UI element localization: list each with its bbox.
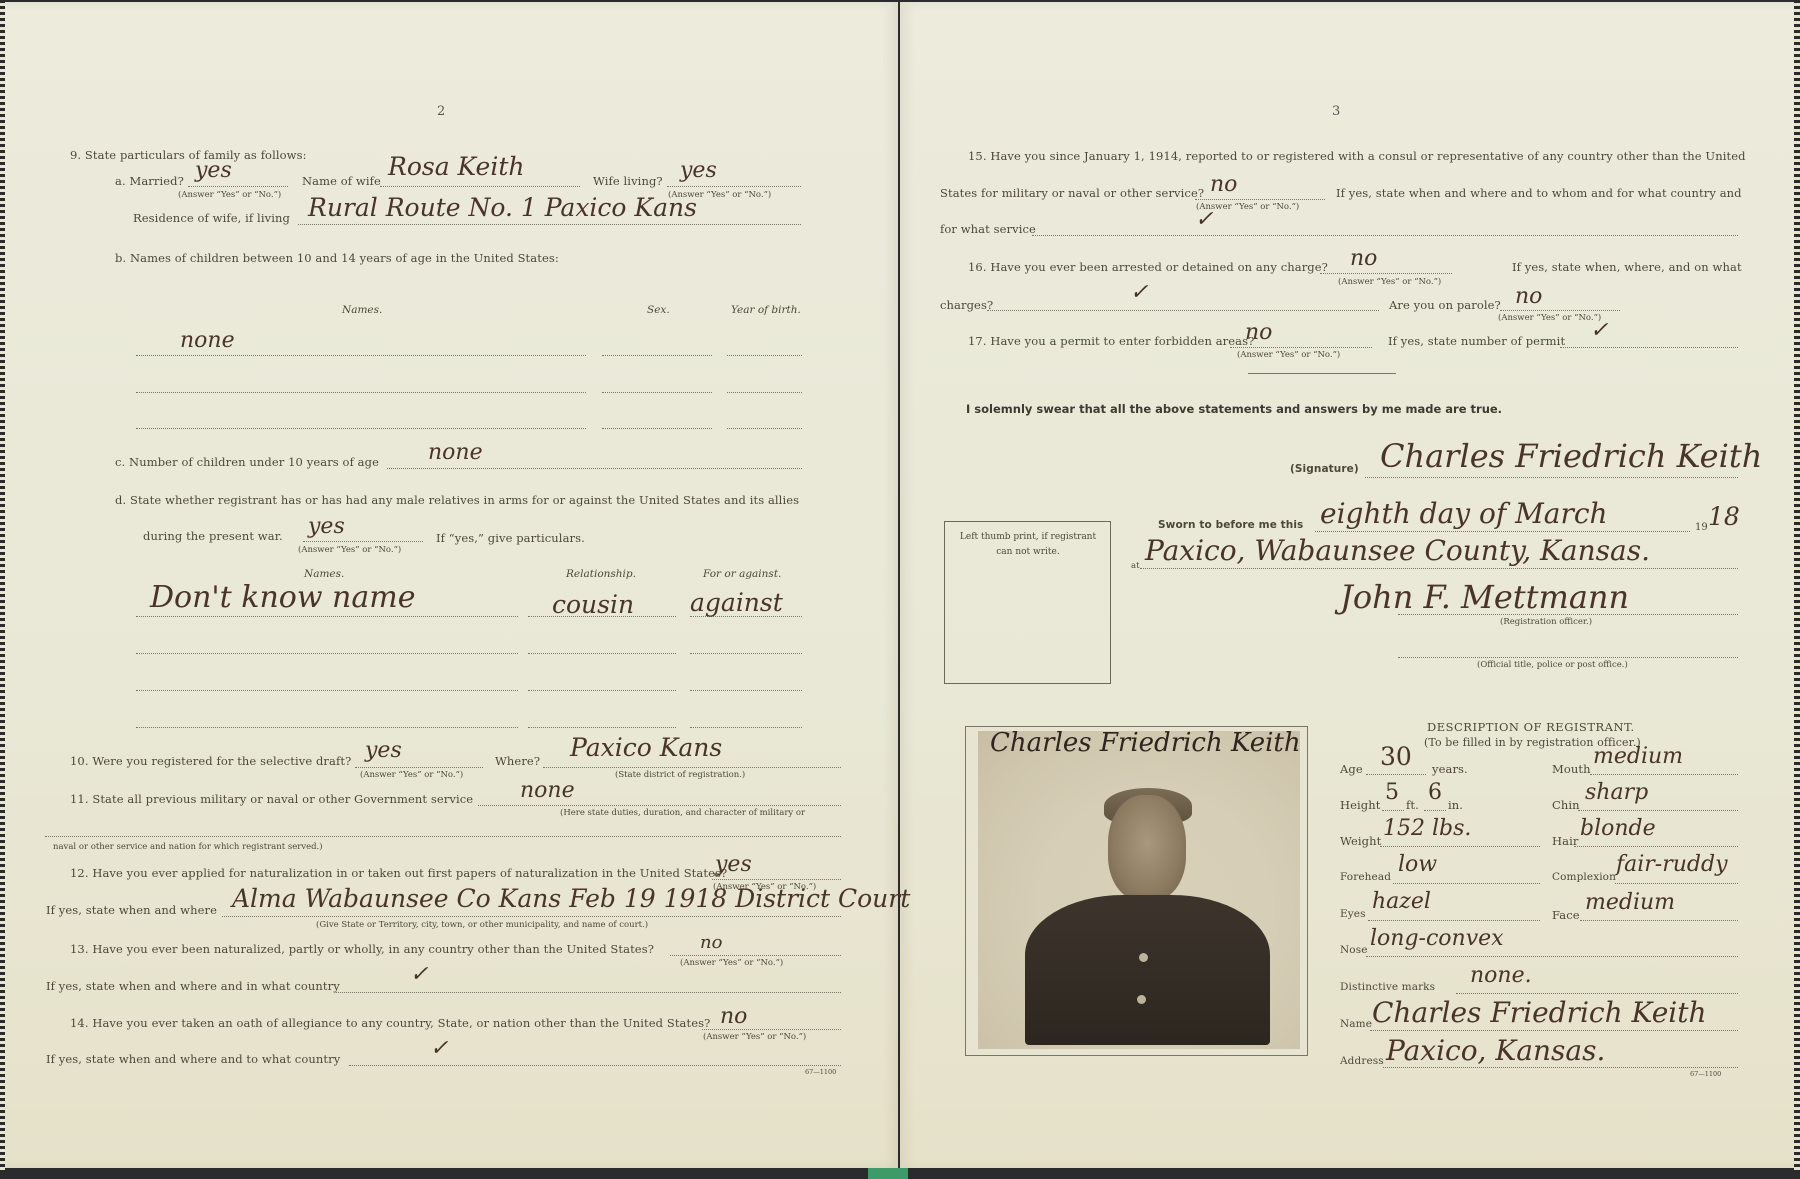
- q12-when-where-line: [222, 916, 841, 917]
- sworn-label: Sworn to before me this: [1158, 519, 1303, 531]
- q16-value[interactable]: no: [1350, 246, 1377, 271]
- q12-when-where-hint: (Give State or Territory, city, town, or…: [316, 920, 648, 930]
- sworn-year-prefix: 19: [1695, 522, 1708, 533]
- at-value[interactable]: Paxico, Wabaunsee County, Kansas.: [1145, 534, 1650, 567]
- wife-living-value[interactable]: yes: [680, 158, 717, 183]
- sworn-year-suffix[interactable]: 18: [1708, 502, 1740, 531]
- q16-follow-line: [987, 310, 1379, 311]
- rel-row-3-for-line: [690, 690, 802, 691]
- q10-answer-line: [355, 767, 483, 768]
- nose-label: Nose: [1340, 944, 1368, 956]
- children-label: b. Names of children between 10 and 14 y…: [115, 251, 559, 265]
- parole-value[interactable]: no: [1515, 284, 1542, 309]
- col-for-against: For or against.: [703, 568, 781, 580]
- wife-living-label: Wife living?: [593, 174, 663, 188]
- child-row-2-name-line: [136, 392, 586, 393]
- signature-value[interactable]: Charles Friedrich Keith: [1380, 437, 1762, 475]
- rel-row-4-rel-line: [528, 727, 676, 728]
- in-unit: in.: [1448, 798, 1463, 812]
- forehead-value[interactable]: low: [1398, 852, 1437, 877]
- at-label: at: [1131, 561, 1139, 571]
- wife-name-label: Name of wife: [302, 174, 381, 188]
- complexion-value[interactable]: fair-ruddy: [1616, 852, 1728, 877]
- q13-label: 13. Have you ever been naturalized, part…: [70, 942, 654, 956]
- sworn-line: [1315, 531, 1690, 532]
- signature-line: [1365, 477, 1738, 478]
- name-line: [1370, 1030, 1738, 1031]
- child-row-2-sex-line: [602, 392, 712, 393]
- child-row-3-sex-line: [602, 428, 712, 429]
- official-title-line: [1398, 657, 1738, 658]
- ft-unit: ft.: [1406, 798, 1419, 812]
- parole-answer-line: [1500, 310, 1620, 311]
- particulars-label: If “yes,” give particulars.: [436, 531, 585, 545]
- hair-line: [1574, 846, 1738, 847]
- q15-follow-label-2: for what service: [940, 222, 1036, 236]
- q14-follow-label: If yes, state when and where and to what…: [46, 1052, 340, 1066]
- child-row-2-year-line: [727, 392, 802, 393]
- complexion-line: [1615, 883, 1738, 884]
- photo-head: [1108, 795, 1186, 901]
- page-edge-right: [1794, 0, 1800, 1170]
- oath-text: I solemnly swear that all the above stat…: [966, 402, 1502, 416]
- q16-follow-label: If yes, state when, where, and on what: [1512, 260, 1742, 274]
- q13-follow-check-icon: ✓: [410, 962, 428, 987]
- q12-label: 12. Have you ever applied for naturaliza…: [70, 866, 727, 880]
- divider: [1248, 373, 1396, 374]
- height-in-line: [1424, 810, 1446, 811]
- complexion-label: Complexion: [1552, 871, 1616, 883]
- q15-label-2: States for military or naval or other se…: [940, 186, 1204, 200]
- married-value[interactable]: yes: [195, 158, 232, 183]
- rel-row-4-name-line: [136, 727, 518, 728]
- address-value[interactable]: Paxico, Kansas.: [1386, 1034, 1605, 1067]
- q14-value[interactable]: no: [720, 1004, 747, 1029]
- q17-value[interactable]: no: [1245, 320, 1272, 345]
- child-row-1-name-line: [136, 355, 586, 356]
- age-label: Age: [1340, 762, 1363, 776]
- signature-label: (Signature): [1290, 463, 1359, 475]
- marks-line: [1456, 993, 1738, 994]
- q14-answer-line: [702, 1029, 841, 1030]
- rel-row-3-rel-line: [528, 690, 676, 691]
- answer-hint: (Answer “Yes” or “No.”): [1338, 277, 1441, 287]
- q15-follow-line: [1032, 235, 1738, 236]
- q15-value[interactable]: no: [1210, 172, 1237, 197]
- q10-value[interactable]: yes: [365, 738, 402, 763]
- eyes-line: [1368, 920, 1540, 921]
- rel-row-4-for-line: [690, 727, 802, 728]
- face-line: [1580, 920, 1738, 921]
- q11-hint-2: naval or other service and nation for wh…: [53, 842, 323, 852]
- at-line: [1140, 568, 1738, 569]
- form-number-right: 67—1100: [1690, 1070, 1721, 1078]
- forehead-label: Forehead: [1340, 871, 1391, 883]
- q12-when-where-value[interactable]: Alma Wabaunsee Co Kans Feb 19 1918 Distr…: [232, 884, 910, 913]
- q13-value[interactable]: no: [700, 932, 722, 953]
- weight-label: Weight: [1340, 834, 1381, 848]
- address-line: [1383, 1067, 1738, 1068]
- mouth-label: Mouth: [1552, 762, 1591, 776]
- answer-hint: (Answer “Yes” or “No.”): [1498, 313, 1601, 323]
- q10-where-hint: (State district of registration.): [615, 770, 745, 780]
- q15-label: 15. Have you since January 1, 1914, repo…: [968, 149, 1746, 163]
- official-title-hint: (Official title, police or post office.): [1477, 660, 1628, 670]
- children-under-10-line: [387, 468, 802, 469]
- rel-row-2-name-line: [136, 653, 518, 654]
- address-label: Address: [1340, 1055, 1384, 1067]
- q12-value[interactable]: yes: [715, 852, 752, 877]
- rel-row-1-name-line: [136, 616, 518, 617]
- residence-line: [298, 224, 801, 225]
- name-label: Name: [1340, 1018, 1372, 1030]
- q14-follow-line: [349, 1065, 841, 1066]
- nose-value[interactable]: long-convex: [1370, 926, 1504, 951]
- q17-follow-check-icon: ✓: [1590, 318, 1608, 343]
- q11-value[interactable]: none: [520, 778, 575, 803]
- height-ft-line: [1382, 810, 1404, 811]
- form-number-left: 67—1100: [805, 1068, 836, 1076]
- child-row-1-year-line: [727, 355, 802, 356]
- forehead-line: [1393, 883, 1540, 884]
- q15-follow-label: If yes, state when and where and to whom…: [1336, 186, 1742, 200]
- q10-where-line: [543, 767, 841, 768]
- weight-value[interactable]: 152 lbs.: [1383, 816, 1471, 841]
- chin-value[interactable]: sharp: [1585, 780, 1648, 805]
- eyes-value[interactable]: hazel: [1372, 889, 1431, 914]
- wife-living-line: [667, 186, 801, 187]
- q17-follow-label: If yes, state number of permit: [1388, 334, 1565, 348]
- q13-follow-line: [336, 992, 841, 993]
- sworn-value[interactable]: eighth day of March: [1320, 497, 1608, 530]
- thumb-print-label: Left thumb print, if registrant can not …: [952, 530, 1104, 560]
- height-label: Height: [1340, 798, 1381, 812]
- face-value[interactable]: medium: [1585, 890, 1675, 915]
- hair-value[interactable]: blonde: [1580, 816, 1656, 841]
- q11-label: 11. State all previous military or naval…: [70, 792, 473, 806]
- answer-hint: (Answer “Yes” or “No.”): [1237, 350, 1340, 360]
- marks-label: Distinctive marks: [1340, 981, 1435, 993]
- col-sex: Sex.: [647, 304, 670, 316]
- eyes-label: Eyes: [1340, 908, 1366, 920]
- height-ft-value[interactable]: 5: [1385, 780, 1399, 805]
- nose-line: [1366, 956, 1738, 957]
- married-label: a. Married?: [115, 174, 184, 188]
- rel-row-1-for-against[interactable]: against: [690, 588, 783, 617]
- page-number-left: 2: [437, 104, 445, 119]
- q16-follow-label-2: charges?: [940, 298, 993, 312]
- child-row-3-name-line: [136, 428, 586, 429]
- page-edge-left: [0, 0, 5, 1170]
- q13-answer-line: [670, 955, 841, 956]
- age-unit: years.: [1432, 762, 1468, 776]
- child-row-3-year-line: [727, 428, 802, 429]
- q14-label: 14. Have you ever taken an oath of alleg…: [70, 1016, 710, 1030]
- photo-caption: Charles Friedrich Keith: [990, 728, 1301, 758]
- chin-line: [1578, 810, 1738, 811]
- photo-torso: [1025, 895, 1270, 1045]
- col-rel-names: Names.: [304, 568, 344, 580]
- q11-line-2: [45, 836, 841, 837]
- rel-row-2-rel-line: [528, 653, 676, 654]
- rel-row-1-relationship[interactable]: cousin: [552, 590, 634, 619]
- height-in-value[interactable]: 6: [1428, 780, 1442, 805]
- residence-label: Residence of wife, if living: [133, 211, 290, 225]
- green-tab: [868, 1168, 908, 1179]
- q10-label: 10. Were you registered for the selectiv…: [70, 754, 351, 768]
- photo-button: [1139, 953, 1148, 962]
- q15-follow-check-icon: ✓: [1195, 207, 1213, 232]
- answer-hint: (Answer “Yes” or “No.”): [298, 545, 401, 555]
- relatives-value[interactable]: yes: [308, 514, 345, 539]
- wife-name-line: [380, 186, 580, 187]
- description-title: DESCRIPTION OF REGISTRANT.: [1427, 720, 1635, 734]
- name-value[interactable]: Charles Friedrich Keith: [1372, 996, 1707, 1029]
- col-year: Year of birth.: [731, 304, 801, 316]
- rel-row-3-name-line: [136, 690, 518, 691]
- q16-answer-line: [1320, 273, 1452, 274]
- col-relationship: Relationship.: [566, 568, 636, 580]
- relatives-label: d. State whether registrant has or has h…: [115, 493, 799, 507]
- children-under-10-label: c. Number of children under 10 years of …: [115, 455, 379, 469]
- children-under-10-value[interactable]: none: [428, 440, 483, 465]
- relatives-answer-line: [303, 541, 423, 542]
- q16-follow-check-icon: ✓: [1130, 280, 1148, 305]
- child-row-1-name[interactable]: none: [180, 328, 235, 353]
- q11-hint-1: (Here state duties, duration, and charac…: [560, 808, 805, 818]
- q14-follow-check-icon: ✓: [430, 1036, 448, 1061]
- child-row-1-sex-line: [602, 355, 712, 356]
- officer-signature[interactable]: John F. Mettmann: [1340, 578, 1629, 616]
- q12-answer-line: [712, 879, 841, 880]
- q17-answer-line: [1230, 347, 1372, 348]
- q13-follow-label: If yes, state when and where and in what…: [46, 979, 340, 993]
- officer-hint: (Registration officer.): [1500, 617, 1592, 627]
- answer-hint: (Answer “Yes” or “No.”): [703, 1032, 806, 1042]
- answer-hint: (Answer “Yes” or “No.”): [360, 770, 463, 780]
- q15-answer-line: [1195, 199, 1325, 200]
- relatives-label-2: during the present war.: [143, 529, 283, 543]
- rel-row-1-name[interactable]: Don't know name: [150, 580, 415, 615]
- chin-label: Chin: [1552, 798, 1580, 812]
- q12-when-where-label: If yes, state when and where: [46, 903, 217, 917]
- q11-line: [478, 805, 841, 806]
- rel-row-2-for-line: [690, 653, 802, 654]
- age-value[interactable]: 30: [1380, 742, 1412, 771]
- age-line: [1366, 774, 1426, 775]
- col-names: Names.: [342, 304, 382, 316]
- face-label: Face: [1552, 908, 1580, 922]
- mouth-line: [1590, 774, 1738, 775]
- q17-label: 17. Have you a permit to enter forbidden…: [968, 334, 1254, 348]
- wife-name-value[interactable]: Rosa Keith: [388, 152, 525, 181]
- answer-hint: (Answer “Yes” or “No.”): [178, 190, 281, 200]
- married-line: [188, 186, 288, 187]
- answer-hint: (Answer “Yes” or “No.”): [680, 958, 783, 968]
- q16-label: 16. Have you ever been arrested or detai…: [968, 260, 1328, 274]
- q9-label: 9. State particulars of family as follow…: [70, 148, 307, 162]
- photo-button: [1137, 995, 1146, 1004]
- q10-where-value[interactable]: Paxico Kans: [570, 733, 722, 762]
- q10-where-label: Where?: [495, 754, 540, 768]
- q17-follow-line: [1560, 347, 1738, 348]
- mouth-value[interactable]: medium: [1593, 744, 1683, 769]
- parole-label: Are you on parole?: [1389, 298, 1501, 312]
- marks-value[interactable]: none.: [1470, 963, 1532, 988]
- weight-line: [1380, 846, 1540, 847]
- page-number-right: 3: [1332, 104, 1340, 119]
- residence-value[interactable]: Rural Route No. 1 Paxico Kans: [308, 193, 697, 222]
